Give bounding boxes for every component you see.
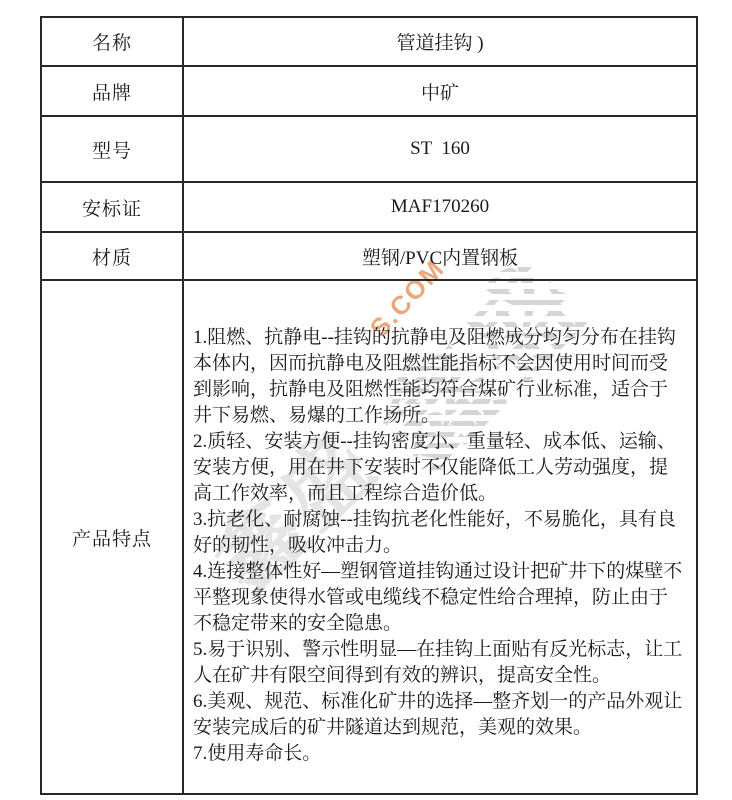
row-label-brand: 品牌	[42, 67, 184, 115]
feature-item-5: 5.易于识别、警示性明显—在挂钩上面贴有反光标志，让工人在矿井有限空间得到有效的…	[193, 637, 686, 689]
row-value-cert: MAF170260	[184, 183, 696, 231]
row-value-model: ST 160	[184, 117, 696, 181]
row-label-cert: 安标证	[42, 183, 184, 231]
row-label-features: 产品特点	[42, 281, 184, 793]
page: 鑫盛 鑫盛 S.COM 名称 管道挂钩 ) 品牌 中矿 型号 ST 160 安标…	[0, 0, 732, 800]
feature-item-3: 3.抗老化、耐腐蚀--挂钩抗老化性能好，不易脆化，具有良好的韧性，吸收冲击力。	[193, 507, 686, 559]
table-row-features: 产品特点 1.阻燃、抗静电--挂钩的抗静电及阻燃成分均匀分布在挂钩本体内，因而抗…	[42, 281, 696, 793]
table-row-material: 材质 塑钢/PVC内置钢板	[42, 233, 696, 281]
row-label-model: 型号	[42, 117, 184, 181]
feature-item-2: 2.质轻、安装方便--挂钩密度小、重量轻、成本低、运输、安装方便，用在井下安装时…	[193, 429, 686, 507]
row-value-brand: 中矿	[184, 67, 696, 115]
row-value-name: 管道挂钩 )	[184, 18, 696, 65]
feature-item-1: 1.阻燃、抗静电--挂钩的抗静电及阻燃成分均匀分布在挂钩本体内，因而抗静电及阻燃…	[193, 325, 686, 429]
row-value-features: 1.阻燃、抗静电--挂钩的抗静电及阻燃成分均匀分布在挂钩本体内，因而抗静电及阻燃…	[184, 281, 696, 793]
row-label-name: 名称	[42, 18, 184, 65]
feature-item-4: 4.连接整体性好—塑钢管道挂钩通过设计把矿井下的煤壁不平整现象使得水管或电缆线不…	[193, 559, 686, 637]
feature-item-6: 6.美观、规范、标准化矿井的选择—整齐划一的产品外观让安装完成后的矿井隧道达到规…	[193, 689, 686, 741]
table-row-model: 型号 ST 160	[42, 117, 696, 183]
table-row-cert: 安标证 MAF170260	[42, 183, 696, 233]
table-row-brand: 品牌 中矿	[42, 67, 696, 117]
table-row-name: 名称 管道挂钩 )	[42, 18, 696, 67]
row-value-material: 塑钢/PVC内置钢板	[184, 233, 696, 279]
feature-item-7: 7.使用寿命长。	[193, 741, 686, 767]
product-spec-table: 名称 管道挂钩 ) 品牌 中矿 型号 ST 160 安标证 MAF170260 …	[40, 16, 698, 795]
row-label-material: 材质	[42, 233, 184, 279]
